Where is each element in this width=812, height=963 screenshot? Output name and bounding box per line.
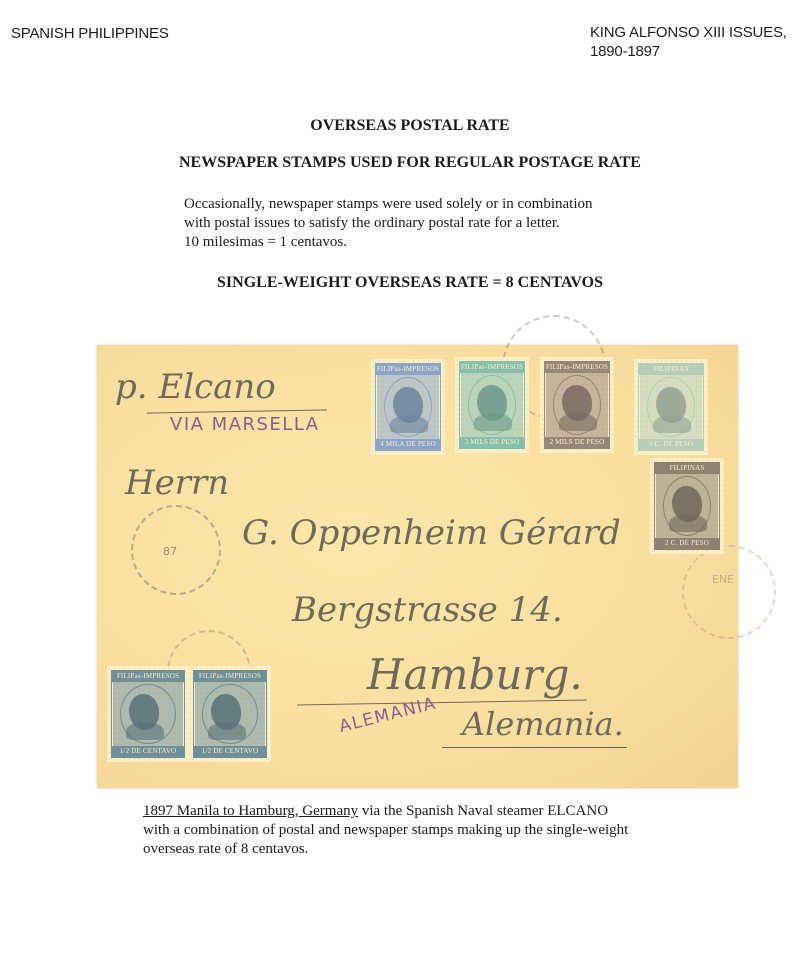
stamp-value-label: 4 MILA DE PESO [376,439,440,450]
stamp-value-label: 3 MILS DE PESO [460,437,524,448]
routing-underline [147,409,327,413]
caption-line2: with a combination of postal and newspap… [143,821,628,840]
header-issue: KING ALFONSO XIII ISSUES, 1890-1897 [590,23,787,61]
intro-text: Occasionally, newspaper stamps were used… [184,195,593,252]
handwritten-city: Hamburg. [367,650,583,699]
stamp-value-label: 2 MILS DE PESO [545,437,609,448]
stamp-country-label: FILIPINAS [655,463,719,474]
postmark-right-text: ENE [712,573,734,586]
section-title: OVERSEAS POSTAL RATE [0,117,812,135]
cover-caption: 1897 Manila to Hamburg, Germany via the … [143,802,628,859]
stamp-2-mils: FILIPas-IMPRESOS 2 MILS DE PESO [540,357,614,453]
stamp-country-label: FILIPINAS [639,364,703,375]
stamp-country-label: FILIPas-IMPRESOS [194,671,266,682]
stamp-value-label: 1/2 DE CENTAVO [194,746,266,757]
country-underline [442,747,627,748]
caption-line1: via the Spanish Naval steamer ELCANO [358,803,608,819]
via-marsella-handstamp: VIA MARSELLA [170,414,320,435]
stamp-value-label: 2 C. DE PESO [655,538,719,549]
header-country: SPANISH PHILIPPINES [11,25,169,42]
caption-line3: overseas rate of 8 centavos. [143,840,628,859]
intro-line: 10 milesimas = 1 centavos. [184,233,593,252]
stamp-country-label: FILIPas-IMPRESOS [112,671,184,682]
stamp-country-label: FILIPas-IMPRESOS [460,362,524,373]
stamp-5-centavos: FILIPINAS 5 C. DE PESO [634,359,708,455]
handwritten-routing: p. Elcano [115,367,276,407]
header-issue-line1: KING ALFONSO XIII ISSUES, [590,23,787,42]
handwritten-addressee: G. Oppenheim Gérard [242,513,621,553]
stamp-4-mila: FILIPas-IMPRESOS 4 MILA DE PESO [371,359,445,455]
stamp-half-centavo-left: FILIPas-IMPRESOS 1/2 DE CENTAVO [107,666,189,762]
intro-line: with postal issues to satisfy the ordina… [184,214,593,233]
postmark-right [682,545,776,639]
caption-route: 1897 Manila to Hamburg, Germany [143,803,358,819]
handwritten-street: Bergstrasse 14. [292,590,563,630]
stamp-2-centavos: FILIPINAS 2 C. DE PESO [650,458,724,554]
postal-cover: 87 ENE p. Elcano Herrn G. Oppenheim Géra… [97,345,738,788]
intro-line: Occasionally, newspaper stamps were used… [184,195,593,214]
postmark-left-year: 87 [163,545,177,558]
stamp-country-label: FILIPas-IMPRESOS [545,362,609,373]
alemania-handstamp: ALEMANIA [337,694,438,737]
stamp-value-label: 1/2 DE CENTAVO [112,746,184,757]
rate-title: SINGLE-WEIGHT OVERSEAS RATE = 8 CENTAVOS [0,274,812,292]
subsection-title: NEWSPAPER STAMPS USED FOR REGULAR POSTAG… [0,154,812,172]
handwritten-country: Alemania. [462,705,624,743]
stamp-country-label: FILIPas-IMPRESOS [376,364,440,375]
stamp-3-mils: FILIPas-IMPRESOS 3 MILS DE PESO [455,357,529,453]
stamp-value-label: 5 C. DE PESO [639,439,703,450]
stamp-half-centavo-right: FILIPas-IMPRESOS 1/2 DE CENTAVO [189,666,271,762]
handwritten-salutation: Herrn [125,463,229,503]
header-issue-line2: 1890-1897 [590,42,787,61]
